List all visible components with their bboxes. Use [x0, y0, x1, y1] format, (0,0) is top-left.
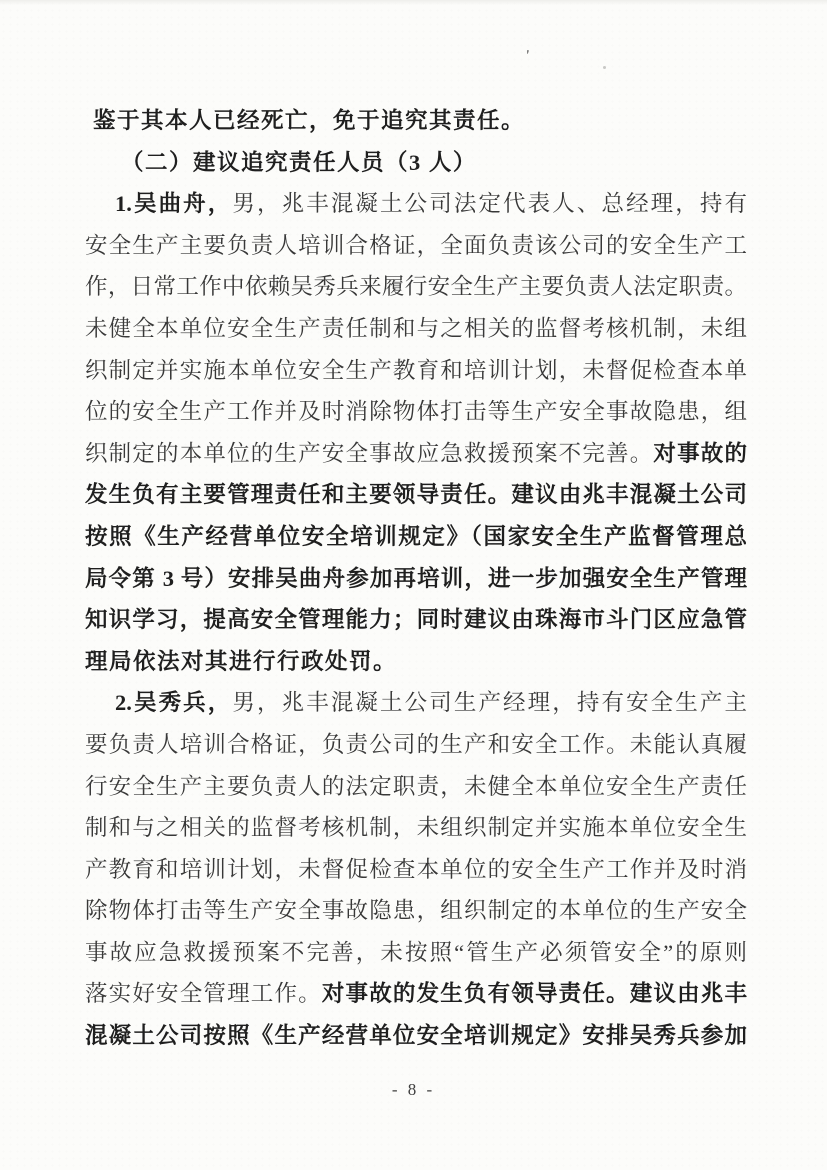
text-segment: 男，兆丰混凝土公司法定代表人、总经理，持有	[232, 191, 747, 216]
text-segment: 除物体打击等生产安全事故隐患，组织制定的本单位的生产安全	[85, 898, 747, 923]
text-segment: 对事故的	[653, 441, 747, 466]
text-segment: 局令第 3 号）安排吴曲舟参加再培训，进一步加强安全生产管理	[85, 566, 747, 591]
text-segment: 安全生产主要负责人培训合格证，全面负责该公司的安全生产工	[85, 233, 747, 258]
scanned-document-page: ' 鉴于其本人已经死亡，免于追究其责任。（二）建议追究责任人员（3 人）1.吴曲…	[0, 0, 827, 1170]
text-segment: 混凝土公司按照《生产经营单位安全培训规定》安排吴秀兵参加	[85, 1023, 747, 1048]
text-segment: （二）建议追究责任人员（3 人）	[121, 150, 477, 175]
text-segment: 织制定的本单位的生产安全事故应急救援预案不完善。	[85, 441, 653, 466]
text-segment: 事故应急救援预案不完善，未按照“管生产必须管安全”的原则	[85, 940, 747, 965]
text-segment: 产教育和培训计划，未督促检查本单位的安全生产工作并及时消	[85, 857, 747, 882]
page-number: - 8 -	[0, 1080, 827, 1100]
text-segment: 按照《生产经营单位安全培训规定》（国家安全生产监督管理总	[85, 524, 747, 549]
text-segment: 位的安全生产工作并及时消除物体打击等生产安全事故隐患，组	[85, 399, 747, 424]
text-line: 制和与之相关的监督考核机制，未组织制定并实施本单位安全生	[85, 807, 747, 849]
text-line: 知识学习，提高安全管理能力；同时建议由珠海市斗门区应急管	[85, 599, 747, 641]
scanner-edge-shadow	[0, 0, 827, 5]
text-line: 要负责人培训合格证，负责公司的生产和安全工作。未能认真履	[85, 724, 747, 766]
text-line: 鉴于其本人已经死亡，免于追究其责任。	[85, 100, 747, 142]
text-line: 行安全生产主要负责人的法定职责，未健全本单位安全生产责任	[85, 766, 747, 808]
text-segment: 男，兆丰混凝土公司生产经理，持有安全生产主	[232, 690, 747, 715]
text-line: 局令第 3 号）安排吴曲舟参加再培训，进一步加强安全生产管理	[85, 558, 747, 600]
text-segment: 2.吴秀兵，	[115, 690, 232, 715]
text-line: 理局依法对其进行行政处罚。	[85, 641, 747, 683]
text-segment: 制和与之相关的监督考核机制，未组织制定并实施本单位安全生	[85, 815, 747, 840]
text-segment: 未健全本单位安全生产责任制和与之相关的监督考核机制，未组	[85, 316, 747, 341]
text-line: 混凝土公司按照《生产经营单位安全培训规定》安排吴秀兵参加	[85, 1015, 747, 1057]
document-body: 鉴于其本人已经死亡，免于追究其责任。（二）建议追究责任人员（3 人）1.吴曲舟，…	[85, 100, 747, 1057]
text-line: 1.吴曲舟，男，兆丰混凝土公司法定代表人、总经理，持有	[85, 183, 747, 225]
text-line: 作，日常工作中依赖吴秀兵来履行安全生产主要负责人法定职责。	[85, 266, 747, 308]
text-line: 按照《生产经营单位安全培训规定》（国家安全生产监督管理总	[85, 516, 747, 558]
text-segment: 发生负有主要管理责任和主要领导责任。建议由兆丰混凝土公司	[85, 482, 747, 507]
text-segment: 知识学习，提高安全管理能力；同时建议由珠海市斗门区应急管	[85, 607, 747, 632]
text-segment: 鉴于其本人已经死亡，免于追究其责任。	[93, 108, 525, 133]
text-segment: 理局依法对其进行行政处罚。	[85, 649, 397, 674]
text-line: 织制定并实施本单位安全生产教育和培训计划，未督促检查本单	[85, 350, 747, 392]
text-line: 落实好安全管理工作。对事故的发生负有领导责任。建议由兆丰	[85, 973, 747, 1015]
scan-speck-small	[603, 66, 606, 69]
text-line: 未健全本单位安全生产责任制和与之相关的监督考核机制，未组	[85, 308, 747, 350]
text-line: 位的安全生产工作并及时消除物体打击等生产安全事故隐患，组	[85, 391, 747, 433]
text-segment: 对事故的发生负有领导责任。建议由兆丰	[322, 981, 747, 1006]
text-line: 事故应急救援预案不完善，未按照“管生产必须管安全”的原则	[85, 932, 747, 974]
text-segment: 作，日常工作中依赖吴秀兵来履行安全生产主要负责人法定职责。	[85, 274, 747, 299]
text-line: 安全生产主要负责人培训合格证，全面负责该公司的安全生产工	[85, 225, 747, 267]
text-line: 织制定的本单位的生产安全事故应急救援预案不完善。对事故的	[85, 433, 747, 475]
text-line: 2.吴秀兵，男，兆丰混凝土公司生产经理，持有安全生产主	[85, 682, 747, 724]
text-line: 产教育和培训计划，未督促检查本单位的安全生产工作并及时消	[85, 849, 747, 891]
text-line: 发生负有主要管理责任和主要领导责任。建议由兆丰混凝土公司	[85, 474, 747, 516]
text-line: （二）建议追究责任人员（3 人）	[85, 142, 747, 184]
text-segment: 落实好安全管理工作。	[85, 981, 322, 1006]
text-segment: 要负责人培训合格证，负责公司的生产和安全工作。未能认真履	[85, 732, 747, 757]
text-line: 除物体打击等生产安全事故隐患，组织制定的本单位的生产安全	[85, 890, 747, 932]
text-segment: 1.吴曲舟，	[115, 191, 232, 216]
text-segment: 织制定并实施本单位安全生产教育和培训计划，未督促检查本单	[85, 358, 747, 383]
scan-speck: '	[525, 48, 529, 65]
text-segment: 行安全生产主要负责人的法定职责，未健全本单位安全生产责任	[85, 774, 747, 799]
